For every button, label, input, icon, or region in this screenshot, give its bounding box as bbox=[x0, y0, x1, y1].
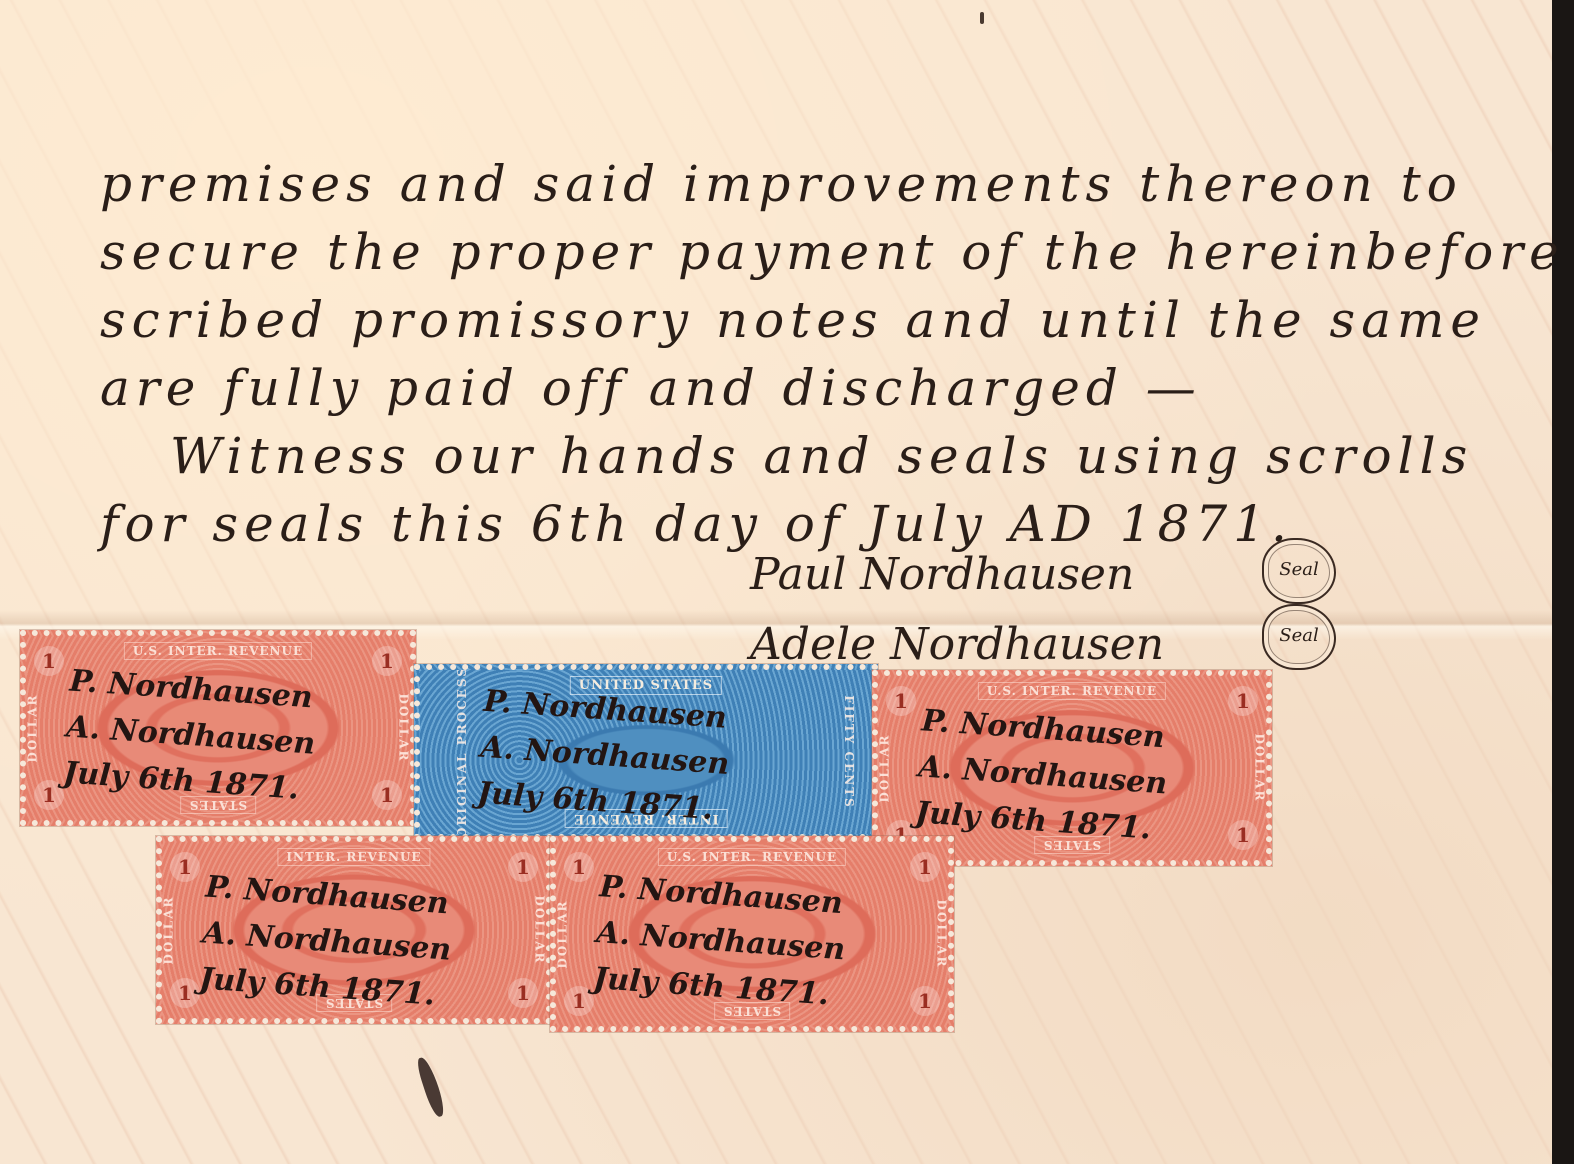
denomination: 1 bbox=[910, 852, 940, 882]
denomination: 1 bbox=[170, 852, 200, 882]
revenue-stamp-1-dollar: U.S. INTER. REVENUE STATES DOLLAR DOLLAR… bbox=[20, 630, 416, 826]
body-line: are fully paid off and discharged — bbox=[100, 354, 1500, 422]
stamp-side-label: DOLLAR bbox=[556, 899, 570, 968]
denomination: 1 bbox=[34, 646, 64, 676]
revenue-stamp-50-cents: UNITED STATES INTER. REVENUE ORIGINAL PR… bbox=[414, 664, 878, 840]
ink-stain bbox=[415, 1055, 447, 1118]
body-line: premises and said improvements thereon t… bbox=[100, 150, 1500, 218]
denomination: 1 bbox=[372, 646, 402, 676]
scroll-seal-icon: Seal bbox=[1262, 538, 1336, 604]
ink-mark bbox=[980, 12, 984, 24]
body-line: scribed promissory notes and until the s… bbox=[100, 286, 1500, 354]
denomination: 1 bbox=[170, 978, 200, 1008]
signature-paul: Paul Nordhausen bbox=[750, 540, 1164, 610]
stamp-banner: U.S. INTER. REVENUE bbox=[658, 848, 846, 866]
stamp-side-label: ORIGINAL PROCESS bbox=[455, 666, 469, 838]
stamp-banner: INTER. REVENUE bbox=[277, 848, 430, 866]
document-page: premises and said improvements thereon t… bbox=[0, 0, 1552, 1164]
handwritten-body: premises and said improvements thereon t… bbox=[100, 150, 1500, 558]
body-line: secure the proper payment of the hereinb… bbox=[100, 218, 1500, 286]
stamp-banner: U.S. INTER. REVENUE bbox=[124, 642, 312, 660]
stamp-side-label: DOLLAR bbox=[878, 733, 892, 802]
revenue-stamp-1-dollar: INTER. REVENUE STATES DOLLAR DOLLAR 1 1 … bbox=[156, 836, 552, 1024]
denomination: 1 bbox=[508, 852, 538, 882]
revenue-stamp-1-dollar: U.S. INTER. REVENUE STATES DOLLAR DOLLAR… bbox=[550, 836, 954, 1032]
signature-block: Paul Nordhausen Adele Nordhausen bbox=[750, 540, 1164, 680]
manuscript-cancel: P. Nordhausen A. Nordhausen July 6th 187… bbox=[476, 679, 867, 840]
body-line: Witness our hands and seals using scroll… bbox=[100, 422, 1500, 490]
manuscript-cancel: P. Nordhausen A. Nordhausen July 6th 187… bbox=[198, 865, 541, 1024]
denomination: 1 bbox=[34, 780, 64, 810]
denomination: 1 bbox=[886, 686, 916, 716]
stamp-banner: U.S. INTER. REVENUE bbox=[978, 682, 1166, 700]
stamp-side-label: DOLLAR bbox=[26, 693, 40, 762]
denomination: 1 bbox=[564, 986, 594, 1016]
stamp-side-label: DOLLAR bbox=[162, 895, 176, 964]
manuscript-cancel: P. Nordhausen A. Nordhausen July 6th 187… bbox=[592, 864, 943, 1026]
manuscript-cancel: P. Nordhausen A. Nordhausen July 6th 187… bbox=[62, 659, 405, 820]
manuscript-cancel: P. Nordhausen A. Nordhausen July 6th 187… bbox=[914, 698, 1261, 859]
denomination: 1 bbox=[564, 852, 594, 882]
scroll-seal-icon: Seal bbox=[1262, 604, 1336, 670]
denomination: 1 bbox=[1228, 686, 1258, 716]
